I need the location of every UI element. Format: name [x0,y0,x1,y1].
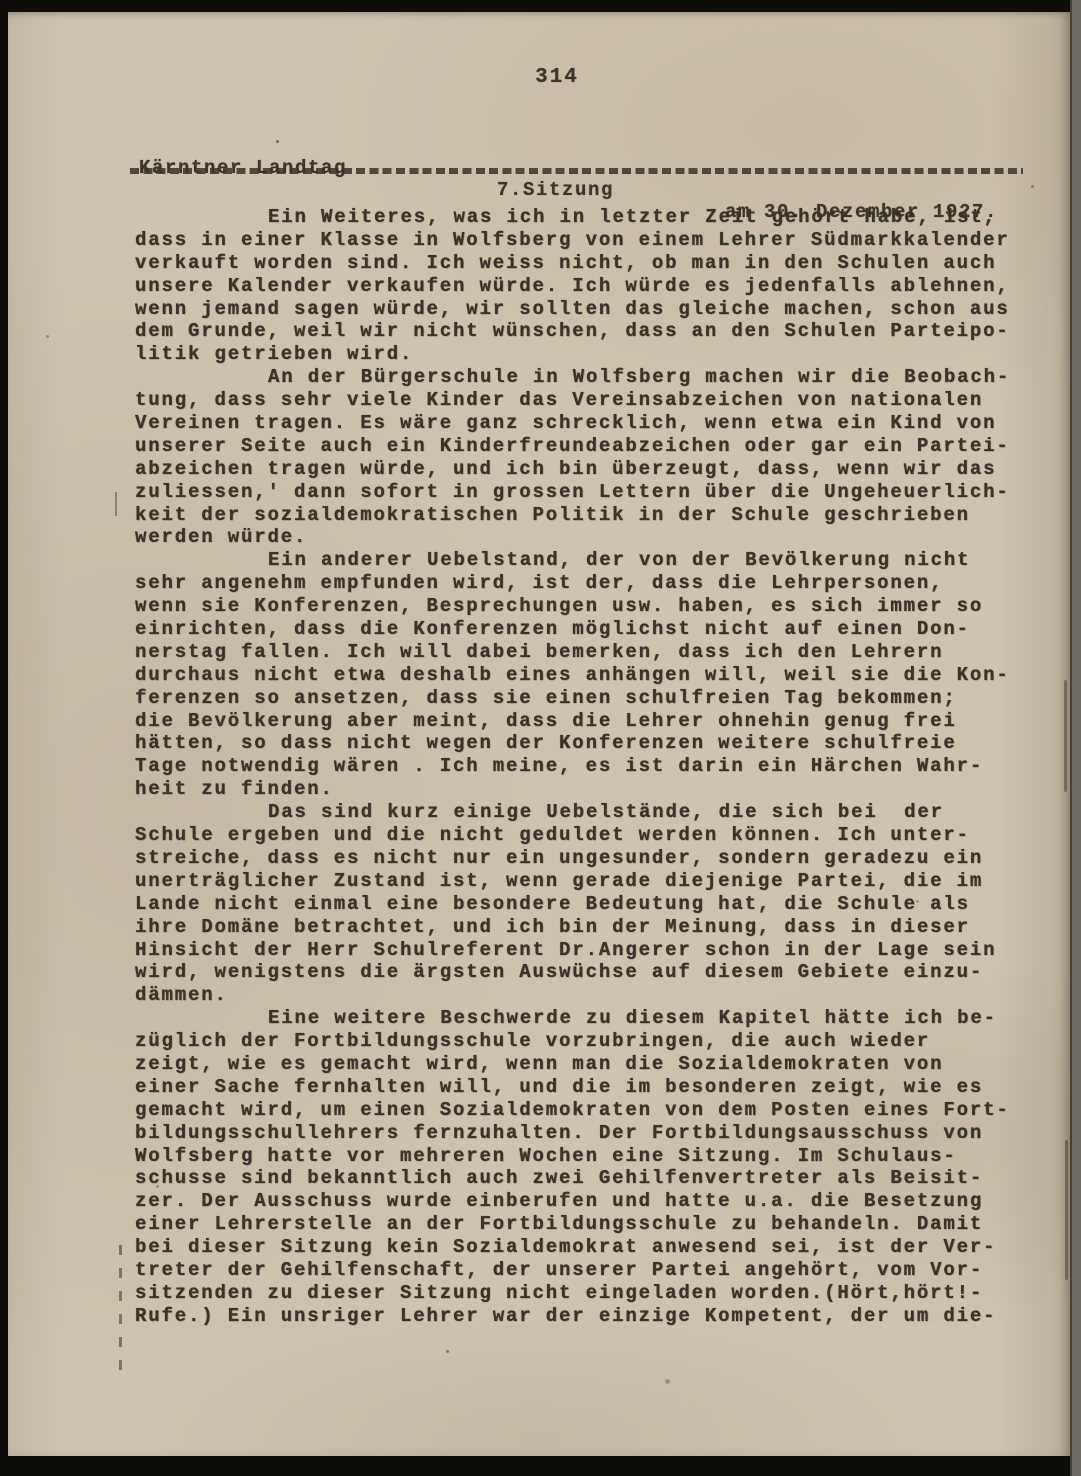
text-line: gemacht wird, um einen Sozialdemokraten … [135,1099,1035,1122]
paragraph: Ein anderer Uebelstand, der von der Bevö… [135,549,1035,801]
margin-ink-mark [115,492,117,516]
text-line: die Bevölkerung aber meint, dass die Leh… [135,710,1035,733]
text-line: Tage notwendig wären . Ich meine, es ist… [135,755,1035,778]
paragraph: Ein Weiteres, was ich in letzter Zeit ge… [135,206,1035,366]
text-line: An der Bürgerschule in Wolfsberg machen … [135,366,1035,389]
text-line: sehr angenehm empfunden wird, ist der, d… [135,572,1035,595]
text-line: heit zu finden. [135,778,1035,801]
text-line: Ein anderer Uebelstand, der von der Bevö… [135,549,1035,572]
text-line: zuliessen,' dann sofort in grossen Lette… [135,481,1035,504]
text-line: einer Lehrerstelle an der Fortbildungssc… [135,1213,1035,1236]
text-line: ferenzen so ansetzen, dass sie einen sch… [135,687,1035,710]
text-line: züglich der Fortbildungsschule vorzubrin… [135,1030,1035,1053]
text-line: tung, dass sehr viele Kinder das Vereins… [135,389,1035,412]
text-line: werden würde. [135,526,1035,549]
text-line: Ein Weiteres, was ich in letzter Zeit ge… [135,206,1035,229]
text-line: Rufe.) Ein unsriger Lehrer war der einzi… [135,1305,1035,1328]
typewritten-dashed-rule [130,168,1023,174]
text-line: Eine weitere Beschwerde zu diesem Kapite… [135,1007,1035,1030]
text-line: wird, wenigstens die ärgsten Auswüchse a… [135,961,1035,984]
text-line: Wolfsberg hatte vor mehreren Wochen eine… [135,1145,1035,1168]
text-line: durchaus nicht etwa deshalb eines anhäng… [135,664,1035,687]
margin-dash-marks [119,1245,122,1373]
page-header: Kärntner Landtag 7.Sitzung am 30. Dezemb… [133,135,1023,163]
text-line: schusse sind bekanntlich auch zwei Gehil… [135,1167,1035,1190]
text-line: nerstag fallen. Ich will dabei bemerken,… [135,641,1035,664]
text-line: dass in einer Klasse in Wolfsberg von ei… [135,229,1035,252]
text-line: ihre Domäne betrachtet, und ich bin der … [135,916,1035,939]
text-line: Schule ergeben und die nicht geduldet we… [135,824,1035,847]
text-line: unsere Kalender verkaufen würde. Ich wür… [135,275,1035,298]
paragraph: Das sind kurz einige Uebelstände, die si… [135,801,1035,1007]
text-line: litik getrieben wird. [135,343,1035,366]
paragraph: Eine weitere Beschwerde zu diesem Kapite… [135,1007,1035,1327]
text-line: einer Sache fernhalten will, und die im … [135,1076,1035,1099]
text-line: Vereinen tragen. Es wäre ganz schrecklic… [135,412,1035,435]
text-line: dem Grunde, weil wir nicht wünschen, das… [135,320,1035,343]
scanned-page: 314 Kärntner Landtag 7.Sitzung am 30. De… [0,0,1081,1476]
paragraph: An der Bürgerschule in Wolfsberg machen … [135,366,1035,549]
text-line: abzeichen tragen würde, und ich bin über… [135,458,1035,481]
text-line: einrichten, dass die Konferenzen möglich… [135,618,1035,641]
header-session-number: 7.Sitzung [497,179,614,201]
text-line: bildungsschullehrers fernzuhalten. Der F… [135,1122,1035,1145]
text-line: keit der sozialdemokratischen Politik in… [135,504,1035,527]
text-line: bei dieser Sitzung kein Sozialdemokrat a… [135,1236,1035,1259]
document-body: Ein Weiteres, was ich in letzter Zeit ge… [135,206,1035,1328]
text-line: verkauft worden sind. Ich weiss nicht, o… [135,252,1035,275]
page-number: 314 [26,66,1081,89]
text-line: zer. Der Ausschuss wurde einberufen und … [135,1190,1035,1213]
text-line: zeigt, wie es gemacht wird, wenn man die… [135,1053,1035,1076]
text-line: Hinsicht der Herr Schulreferent Dr.Anger… [135,939,1035,962]
right-edge-shadow-mark [1065,1140,1068,1280]
scan-book-edge [1070,0,1081,1476]
paper-sheet: 314 Kärntner Landtag 7.Sitzung am 30. De… [8,12,1070,1456]
right-edge-shadow-mark [1064,680,1067,792]
text-line: treter der Gehilfenschaft, der unserer P… [135,1259,1035,1282]
text-line: wenn sie Konferenzen, Besprechungen usw.… [135,595,1035,618]
text-line: sitzenden zu dieser Sitzung nicht eingel… [135,1282,1035,1305]
text-line: streiche, dass es nicht nur ein ungesund… [135,847,1035,870]
text-line: wenn jemand sagen würde, wir sollten das… [135,298,1035,321]
text-line: Das sind kurz einige Uebelstände, die si… [135,801,1035,824]
text-line: hätten, so dass nicht wegen der Konferen… [135,732,1035,755]
text-line: Lande nicht einmal eine besondere Bedeut… [135,893,1035,916]
text-line: unerträglicher Zustand ist, wenn gerade … [135,870,1035,893]
paper-specks [276,140,279,143]
text-line: unserer Seite auch ein Kinderfreundeabze… [135,435,1035,458]
text-line: dämmen. [135,984,1035,1007]
